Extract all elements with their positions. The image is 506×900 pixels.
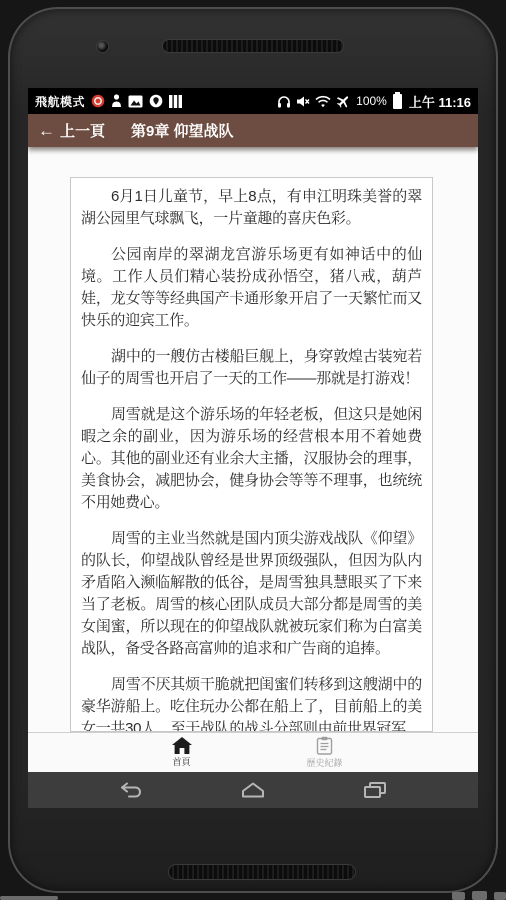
back-button-label: 上一頁 <box>60 120 105 141</box>
paragraph: 周雪不厌其烦干脆就把闺蜜们转移到这艘湖中的豪华游船上。吃住玩办公都在船上了，目前… <box>81 674 422 732</box>
home-icon <box>172 737 192 754</box>
paragraph: 公园南岸的翠湖龙宫游乐场更有如神话中的仙境。工作人员们精心装扮成孙悟空，猪八戒，… <box>81 244 422 332</box>
bottom-edge-artifact <box>452 892 465 900</box>
bottom-edge-artifact <box>494 892 506 900</box>
clock: 上午 11:16 <box>409 92 471 111</box>
paragraph: 周雪就是这个游乐场的年轻老板，但这只是她闲暇之余的副业，因为游乐场的经营根本用不… <box>81 404 422 514</box>
paragraph: 6月1日儿童节，早上8点，有申江明珠美誉的翠湖公园里气球飘飞，一片童趣的喜庆色彩… <box>81 186 422 230</box>
tab-history-label: 歷史紀錄 <box>306 756 342 769</box>
paragraph: 湖中的一艘仿古楼船巨舰上，身穿敦煌古装宛若仙子的周雪也开启了一天的工作——那就是… <box>81 346 422 390</box>
wifi-icon <box>315 95 331 108</box>
screenshot-stage: 飛航模式 <box>0 0 506 900</box>
tab-history[interactable]: 歷史紀錄 <box>253 733 396 772</box>
status-left-group: 飛航模式 <box>35 93 182 110</box>
android-back-button[interactable] <box>118 777 144 803</box>
android-home-button[interactable] <box>240 777 266 803</box>
phone-screen: 飛航模式 <box>28 88 478 808</box>
photo-icon <box>128 95 143 108</box>
back-icon <box>119 782 143 798</box>
back-button[interactable]: ← 上一頁 <box>38 120 105 141</box>
tab-home[interactable]: 首頁 <box>110 733 253 772</box>
airplane-mode-label: 飛航模式 <box>35 93 85 110</box>
reader-content-area: 6月1日儿童节，早上8点，有申江明珠美誉的翠湖公园里气球飘飞，一片童趣的喜庆色彩… <box>28 147 478 732</box>
android-navigation-bar <box>28 772 478 808</box>
paragraph: 周雪的主业当然就是国内顶尖游戏战队《仰望》的队长，仰望战队曾经是世界顶级强队，但… <box>81 528 422 660</box>
tab-home-label: 首頁 <box>172 755 190 768</box>
grid-icon <box>169 95 182 108</box>
location-icon <box>149 94 163 108</box>
status-right-group: 100% 上午 11:16 <box>277 92 471 111</box>
chapter-text-panel[interactable]: 6月1日儿童节，早上8点，有申江明珠美誉的翠湖公园里气球飘飞，一片童趣的喜庆色彩… <box>70 177 433 732</box>
battery-icon <box>393 94 402 109</box>
battery-percent: 100% <box>356 94 387 108</box>
bottom-edge-artifact <box>472 891 487 900</box>
history-icon <box>316 736 333 755</box>
status-bar: 飛航模式 <box>28 88 478 114</box>
bottom-edge-artifact <box>0 896 58 900</box>
person-icon <box>111 94 122 108</box>
home-icon <box>241 782 265 798</box>
app-header: ← 上一頁 第9章 仰望战队 <box>28 114 478 147</box>
bottom-tab-bar: 首頁 歷史紀錄 <box>28 732 478 772</box>
record-icon <box>91 94 105 108</box>
chapter-title: 第9章 仰望战队 <box>131 120 234 141</box>
earpiece-speaker-grille <box>162 39 344 53</box>
android-recents-button[interactable] <box>362 777 388 803</box>
mute-icon <box>296 95 310 108</box>
airplane-icon <box>336 94 351 108</box>
back-arrow-icon: ← <box>38 122 55 139</box>
headphones-icon <box>277 95 291 108</box>
recents-icon <box>364 782 386 798</box>
bottom-speaker-grille <box>168 864 356 880</box>
front-camera <box>96 40 109 53</box>
